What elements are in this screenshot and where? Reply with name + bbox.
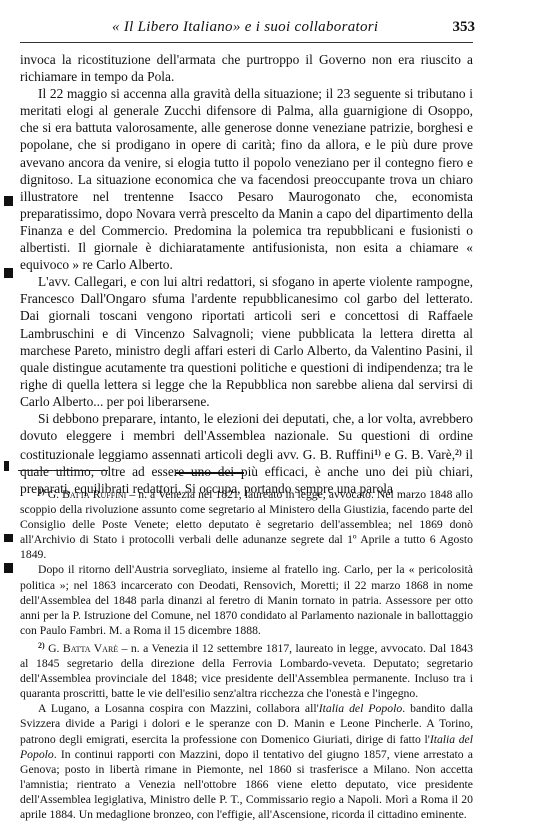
paragraph-text: e G. B. Varè,: [381, 447, 455, 462]
footnote-ref-1[interactable]: 1): [374, 448, 381, 457]
footnotes: 1) G. Batta Ruffini – n. a Venezia nel 1…: [20, 484, 473, 822]
footnote-rule: [18, 470, 108, 471]
footnote-separator: [18, 466, 248, 476]
footnote-text: A Lugano, a Losanna cospira con Mazzini,…: [38, 702, 319, 715]
footnote-marker: 1): [38, 487, 45, 496]
footnote-person-name: G. Batta Ruffini: [48, 488, 127, 501]
margin-mark: [4, 268, 13, 278]
footnote-1: 1) G. Batta Ruffini – n. a Venezia nel 1…: [20, 484, 473, 562]
header-rule: [20, 42, 473, 43]
newspaper-title: Italia del Popolo: [319, 702, 402, 715]
margin-mark: [4, 461, 9, 471]
page-header: « Il Libero Italiano» e i suoi collabora…: [20, 14, 473, 38]
footnote-2: 2) G. Batta Varè – n. a Venezia il 12 se…: [20, 638, 473, 701]
footnote-person-name: G. Batta Varè: [48, 642, 118, 655]
footnote-2-continuation: A Lugano, a Losanna cospira con Mazzini,…: [20, 701, 473, 822]
footnote-text: . In continui rapporti con Mazzini, dopo…: [20, 748, 473, 821]
footnote-ref-2[interactable]: 2): [455, 448, 462, 457]
scan-artifact: [176, 466, 244, 474]
footnote-marker: 2): [38, 641, 45, 650]
margin-mark: [4, 534, 13, 542]
paragraph: Il 22 maggio si accenna alla gravità del…: [20, 85, 473, 273]
footnote-1-continuation: Dopo il ritorno dell'Austria sorvegliato…: [20, 562, 473, 637]
paragraph: invoca la ricostituzione dell'armata che…: [20, 51, 473, 85]
margin-mark: [4, 563, 13, 573]
running-title: « Il Libero Italiano» e i suoi collabora…: [112, 19, 378, 36]
main-text: invoca la ricostituzione dell'armata che…: [20, 51, 473, 497]
page-number: 353: [453, 19, 476, 36]
margin-mark: [4, 196, 13, 206]
book-page: « Il Libero Italiano» e i suoi collabora…: [0, 0, 550, 829]
paragraph: L'avv. Callegari, e con lui altri redatt…: [20, 273, 473, 410]
